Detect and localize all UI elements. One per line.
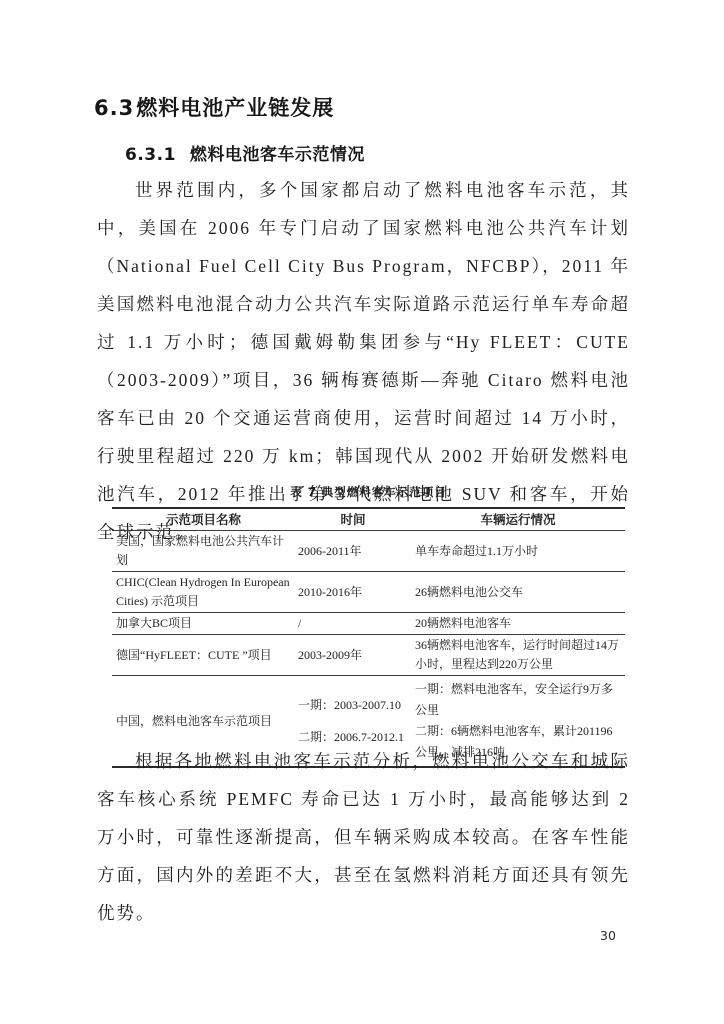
cell-time: 2010-2016年 [295, 582, 412, 603]
paragraph-analysis: 根据各地燃料电池客车示范分析，燃料电池公交车和城际客车核心系统 PEMFC 寿命… [97, 742, 630, 932]
cell-status: 26辆燃料电池公交车 [412, 582, 625, 603]
cell-time: 2006-2011年 [295, 541, 412, 562]
cell-project: 德国“HyFLEET：CUTE ”项目 [112, 645, 295, 666]
demo-projects-table: 示范项目名称 时间 车辆运行情况 美国，国家燃料电池公共汽车计划 2006-20… [112, 507, 625, 768]
cell-status: 20辆燃料电池客车 [412, 613, 625, 634]
document-page: 6.3燃料电池产业链发展 6.3.1燃料电池客车示范情况 世界范围内，多个国家都… [0, 0, 724, 1024]
cell-status: 单车寿命超过1.1万小时 [412, 541, 625, 562]
header-cell-project: 示范项目名称 [112, 509, 295, 530]
table-row: CHIC(Clean Hydrogen In European Cities) … [112, 572, 625, 613]
cell-status: 36辆燃料电池客车，运行时间超过14万小时，里程达到220万公里 [412, 635, 625, 675]
cell-project: 加拿大BC项目 [112, 613, 295, 634]
header-cell-status: 车辆运行情况 [412, 509, 625, 530]
cell-time-phase1: 一期：2003-2007.10 [298, 696, 412, 715]
cell-project: 美国，国家燃料电池公共汽车计划 [112, 531, 295, 571]
cell-time: 2003-2009年 [295, 645, 412, 666]
section-title: 燃料电池产业链发展 [136, 96, 334, 120]
cell-time: / [295, 613, 412, 634]
subsection-heading: 6.3.1燃料电池客车示范情况 [125, 140, 365, 165]
section-number: 6.3 [94, 96, 134, 120]
subsection-number: 6.3.1 [125, 145, 176, 165]
header-cell-time: 时间 [295, 509, 412, 530]
table-header-row: 示范项目名称 时间 车辆运行情况 [112, 509, 625, 531]
table-row: 加拿大BC项目 / 20辆燃料电池客车 [112, 613, 625, 635]
table-caption: 表 7 典型燃料客车示范项目 [112, 484, 625, 500]
table-row: 美国，国家燃料电池公共汽车计划 2006-2011年 单车寿命超过1.1万小时 [112, 531, 625, 572]
section-heading: 6.3燃料电池产业链发展 [94, 92, 334, 122]
subsection-title: 燃料电池客车示范情况 [190, 145, 365, 165]
table-row: 德国“HyFLEET：CUTE ”项目 2003-2009年 36辆燃料电池客车… [112, 635, 625, 676]
cell-status-phase1: 一期：燃料电池客车，安全运行9万多公里 [415, 679, 621, 721]
page-number: 30 [600, 928, 616, 943]
cell-project: CHIC(Clean Hydrogen In European Cities) … [112, 572, 295, 612]
